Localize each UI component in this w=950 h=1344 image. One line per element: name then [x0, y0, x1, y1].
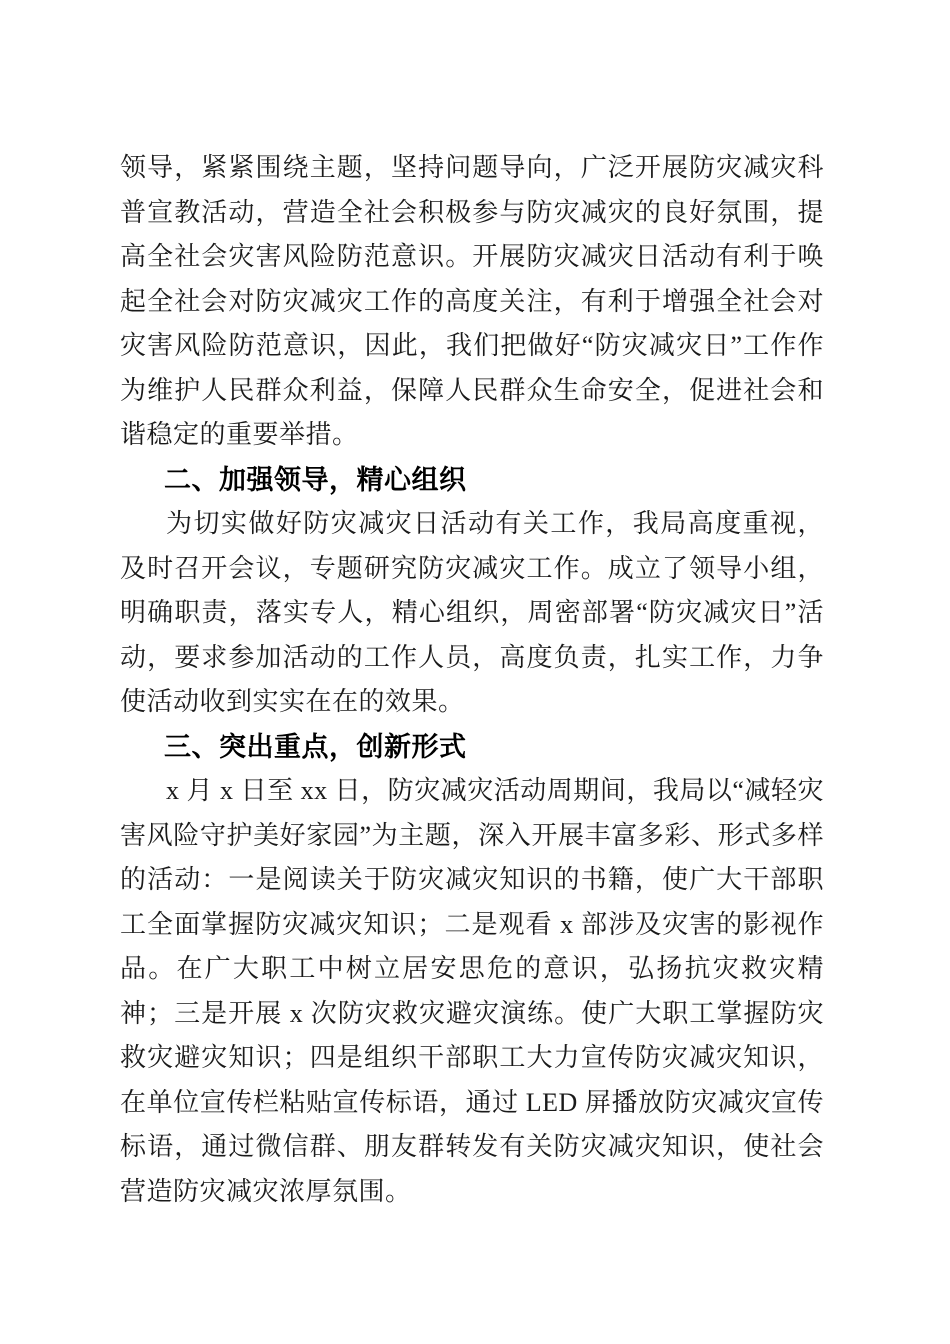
body-paragraph: 领导，紧紧围绕主题，坚持问题导向，广泛开展防灾减灾科普宣教活动，营造全社会积极参…: [120, 146, 824, 458]
document-body: 领导，紧紧围绕主题，坚持问题导向，广泛开展防灾减灾科普宣教活动，营造全社会积极参…: [120, 146, 824, 1214]
document-page: 领导，紧紧围绕主题，坚持问题导向，广泛开展防灾减灾科普宣教活动，营造全社会积极参…: [0, 0, 950, 1344]
body-paragraph: 为切实做好防灾减灾日活动有关工作，我局高度重视，及时召开会议，专题研究防灾减灾工…: [120, 502, 824, 725]
body-paragraph: x 月 x 日至 xx 日，防灾减灾活动周期间，我局以“减轻灾害风险守护美好家园…: [120, 769, 824, 1214]
section-heading: 二、加强领导，精心组织: [120, 458, 824, 503]
section-heading: 三、突出重点，创新形式: [120, 725, 824, 770]
